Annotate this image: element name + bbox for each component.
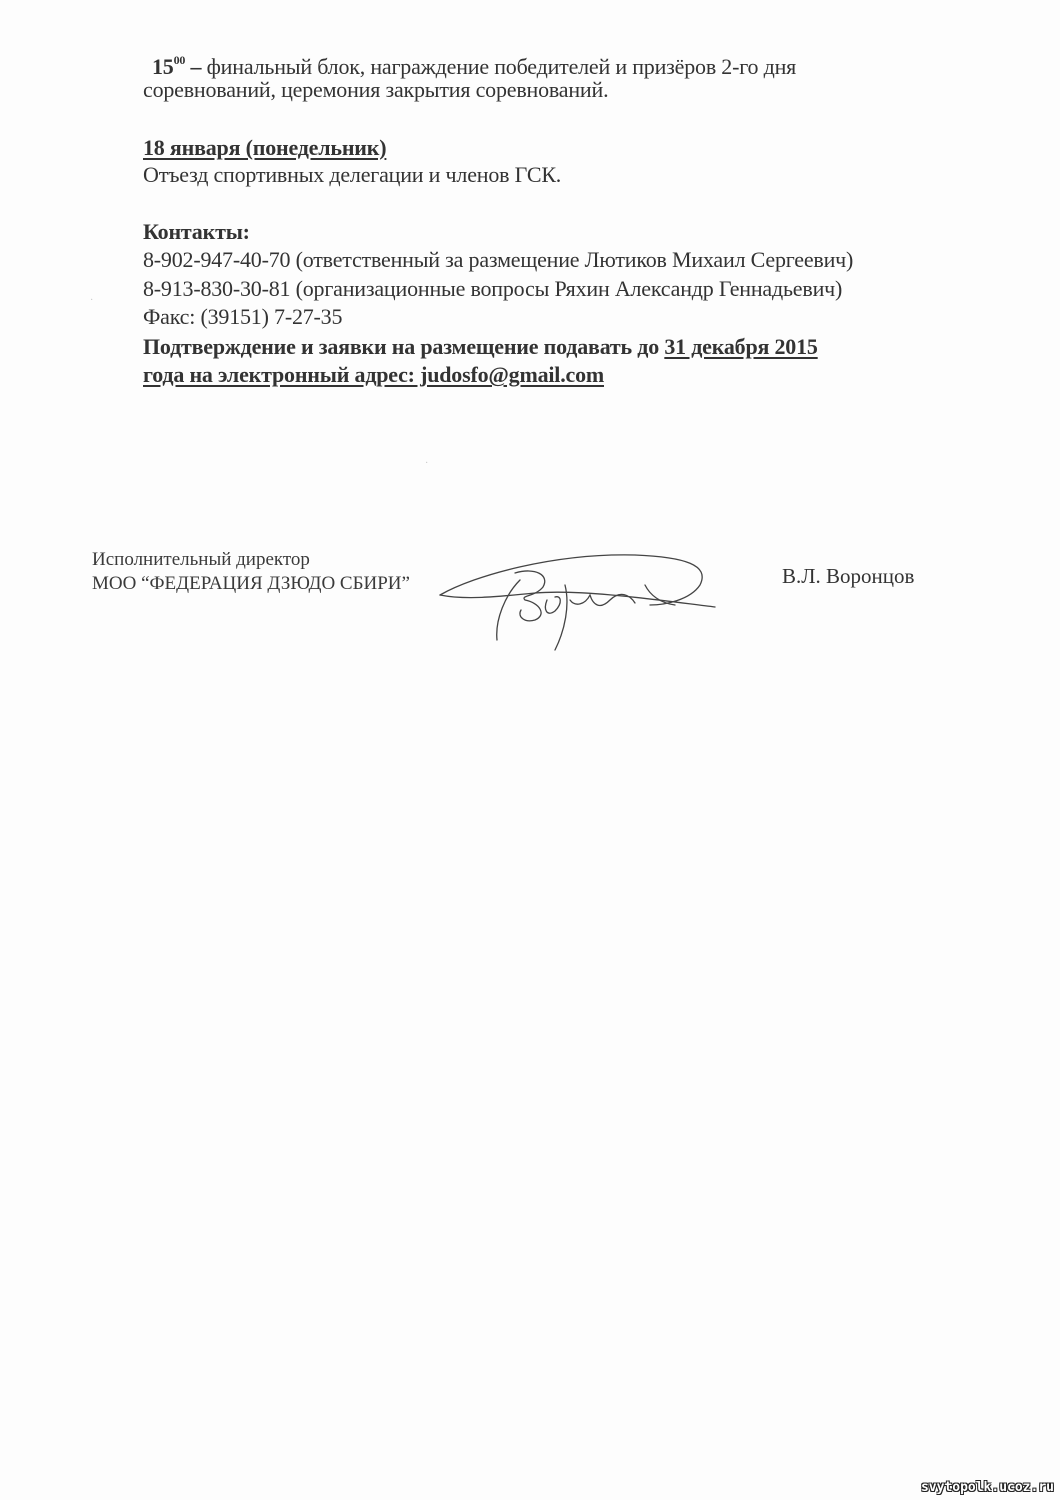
schedule-item-line2: соревнований, церемония закрытия соревно… bbox=[143, 76, 608, 104]
day-text: Отъезд спортивных делегации и членов ГСК… bbox=[143, 161, 561, 189]
signer-name: В.Л. Воронцов bbox=[782, 563, 914, 589]
schedule-time-minutes: 00 bbox=[174, 53, 186, 67]
contact-line-1: 8-902-947-40-70 (ответственный за размещ… bbox=[143, 246, 853, 274]
day-heading: 18 января (понедельник) bbox=[143, 134, 386, 162]
document-page: 1500 – финальный блок, награждение побед… bbox=[0, 0, 1060, 1500]
position-title: Исполнительный директор bbox=[92, 548, 310, 572]
site-watermark: svytopolk.ucoz.ru bbox=[921, 1480, 1054, 1495]
handwritten-signature-icon bbox=[435, 545, 735, 660]
contact-line-2: 8-913-830-30-81 (организационные вопросы… bbox=[143, 275, 842, 303]
organization-name: МОО “ФЕДЕРАЦИЯ ДЗЮДО СБИРИ” bbox=[92, 572, 410, 596]
deadline-prefix: Подтверждение и заявки на размещение под… bbox=[143, 334, 664, 359]
scan-speck: · bbox=[425, 458, 428, 469]
contact-fax: Факс: (39151) 7-27-35 bbox=[143, 303, 342, 331]
deadline-line1: Подтверждение и заявки на размещение под… bbox=[143, 333, 818, 361]
contacts-heading: Контакты: bbox=[143, 218, 250, 246]
deadline-date: 31 декабря 2015 bbox=[664, 334, 817, 359]
scan-speck: · bbox=[90, 295, 93, 306]
deadline-line2-email[interactable]: года на электронный адрес: judosfo@gmail… bbox=[143, 361, 604, 389]
